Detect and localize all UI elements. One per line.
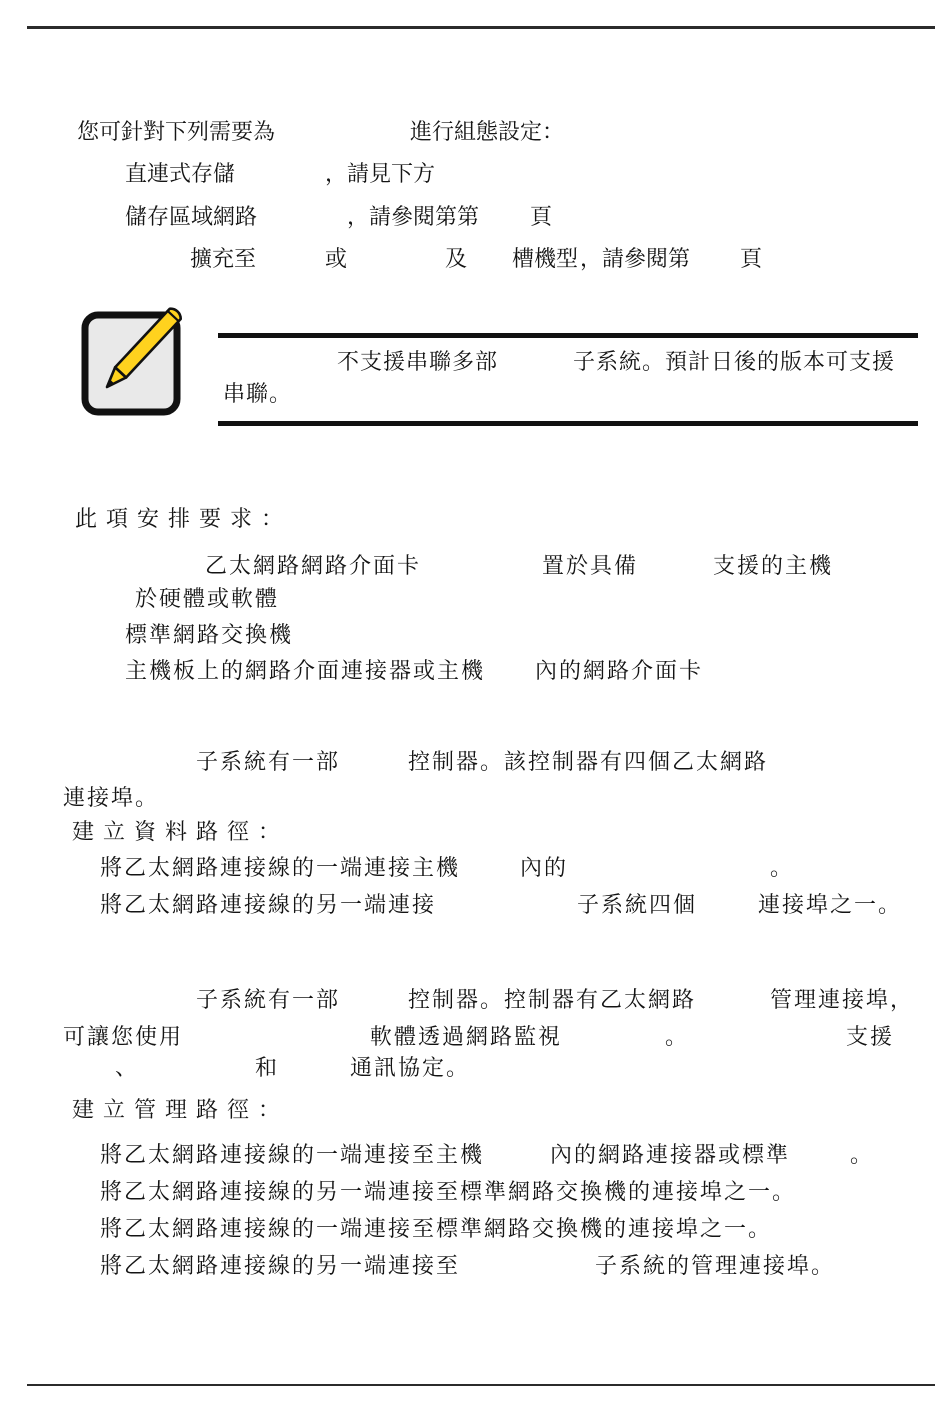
text-segment: 內的網路介面卡 bbox=[535, 661, 703, 683]
text-segment: 建立管理路徑： bbox=[72, 1100, 289, 1122]
text-segment: 內的 bbox=[520, 858, 568, 880]
text-segment: ，請參閱第 bbox=[580, 249, 690, 271]
text-segment: 及 bbox=[445, 249, 467, 271]
text-segment: 擴充至 bbox=[190, 249, 256, 271]
bottom-rule bbox=[27, 1384, 935, 1386]
text-segment: 可讓您使用 bbox=[63, 1027, 183, 1049]
text-segment: 支援 bbox=[846, 1027, 894, 1049]
text-segment: 置於具備 bbox=[542, 556, 638, 578]
text-segment: 將乙太網路連接線的另一端連接至 bbox=[100, 1256, 460, 1278]
text-segment: 或 bbox=[325, 249, 347, 271]
text-segment: 槽機型 bbox=[512, 249, 578, 271]
text-segment: 子系統。預計日後的版本可支援 bbox=[573, 352, 895, 374]
text-segment: 進行組態設定： bbox=[410, 122, 564, 144]
text-segment: 將乙太網路連接線的另一端連接至標準網路交換機的連接埠之一。 bbox=[100, 1182, 796, 1204]
text-segment: 。 bbox=[770, 858, 794, 880]
text-segment: 儲存區域網路 bbox=[125, 207, 257, 229]
text-segment: ，請參閱第第 bbox=[347, 207, 479, 229]
text-segment: 控制器。控制器有乙太網路 bbox=[408, 990, 696, 1012]
text-segment: 通訊協定。 bbox=[350, 1058, 470, 1080]
top-rule bbox=[27, 26, 935, 29]
text-segment: 支援的主機 bbox=[713, 556, 833, 578]
text-segment: 子系統有一部 bbox=[196, 752, 340, 774]
text-segment: 將乙太網路連接線的另一端連接 bbox=[100, 895, 436, 917]
text-segment: 主機板上的網路介面連接器或主機 bbox=[125, 661, 485, 683]
text-segment: 不支援串聯多部 bbox=[337, 352, 498, 374]
text-segment: 軟體透過網路監視 bbox=[370, 1027, 562, 1049]
text-segment: 連接埠之一。 bbox=[758, 895, 902, 917]
text-segment: 於硬體或軟體 bbox=[135, 589, 279, 611]
text-segment: 連接埠。 bbox=[63, 788, 159, 810]
text-segment: 子系統有一部 bbox=[196, 990, 340, 1012]
text-segment: 頁 bbox=[740, 249, 762, 271]
text-segment: 內的網路連接器或標準 bbox=[550, 1145, 790, 1167]
text-segment: 子系統的管理連接埠。 bbox=[595, 1256, 835, 1278]
text-segment: 標準網路交換機 bbox=[125, 625, 293, 647]
text-segment: ，請見下方 bbox=[325, 164, 435, 186]
text-segment: 控制器。該控制器有四個乙太網路 bbox=[408, 752, 768, 774]
text-segment: 管理連接埠， bbox=[770, 990, 914, 1012]
document-page: 您可針對下列需要為進行組態設定：直連式存儲，請見下方儲存區域網路，請參閱第第頁擴… bbox=[0, 0, 950, 1414]
text-segment: 頁 bbox=[530, 207, 552, 229]
text-segment: 您可針對下列需要為 bbox=[77, 122, 275, 144]
note-top-bar bbox=[218, 333, 918, 338]
text-segment: 子系統四個 bbox=[577, 895, 697, 917]
text-segment: 。 bbox=[665, 1027, 689, 1049]
text-segment: 將乙太網路連接線的一端連接主機 bbox=[100, 858, 460, 880]
text-segment: 。 bbox=[850, 1145, 874, 1167]
text-segment: 將乙太網路連接線的一端連接至標準網路交換機的連接埠之一。 bbox=[100, 1219, 772, 1241]
text-segment: 和 bbox=[255, 1058, 279, 1080]
text-segment: 串聯。 bbox=[223, 384, 292, 406]
pencil-note-icon bbox=[78, 293, 208, 423]
note-bottom-bar bbox=[218, 421, 918, 426]
text-segment: 直連式存儲 bbox=[125, 164, 235, 186]
text-segment: 此項安排要求： bbox=[75, 509, 292, 531]
text-segment: 乙太網路網路介面卡 bbox=[205, 556, 421, 578]
text-segment: 建立資料路徑： bbox=[72, 822, 289, 844]
text-segment: 、 bbox=[115, 1058, 139, 1080]
text-segment: 將乙太網路連接線的一端連接至主機 bbox=[100, 1145, 484, 1167]
